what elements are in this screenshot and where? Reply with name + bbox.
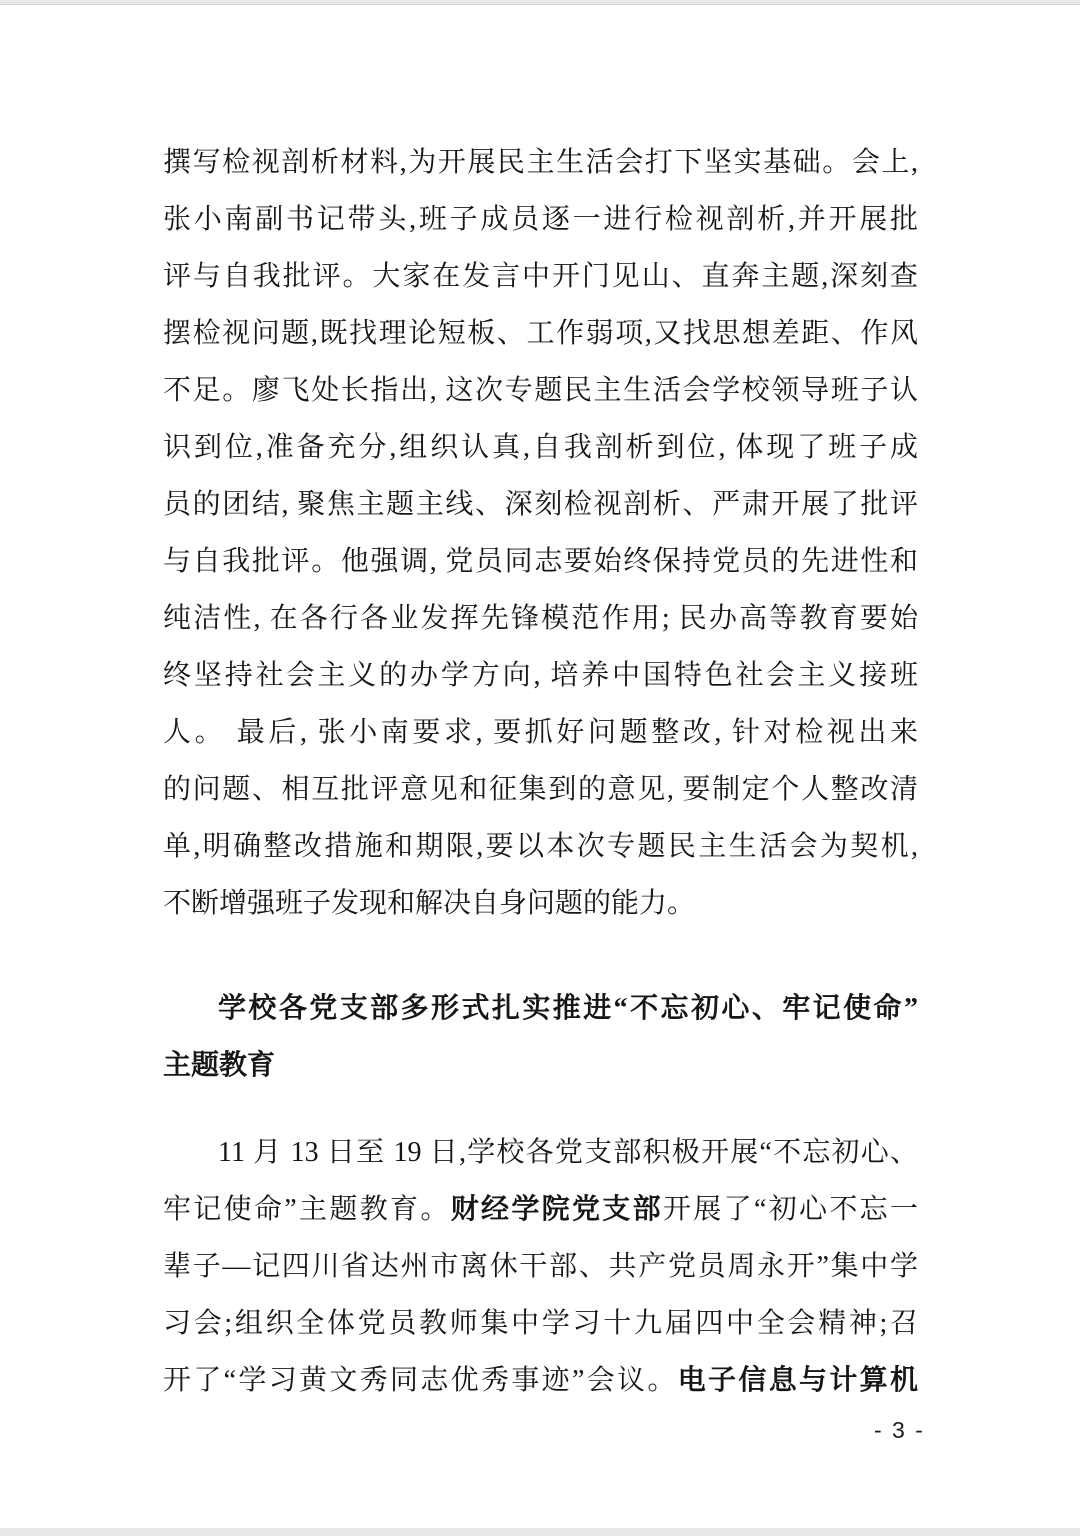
page-content: 撰写检视剖析材料,为开展民主生活会打下坚实基础。会上,张小南副书记带头,班子成员… <box>163 134 918 1409</box>
text-line: 不断增强班子发现和解决自身问题的能力。 <box>163 875 918 932</box>
text-segment: 员的团结, 聚焦主题主线、深刻检视剖析、严肃开展了批评 <box>163 489 918 520</box>
text-line: 撰写检视剖析材料,为开展民主生活会打下坚实基础。会上, <box>163 134 918 191</box>
text-segment: 不断增强班子发现和解决自身问题的能力。 <box>163 888 695 919</box>
text-line: 单,明确整改措施和期限,要以本次专题民主生活会为契机, <box>163 818 918 875</box>
text-line: 开了“学习黄文秀同志优秀事迹”会议。电子信息与计算机 <box>163 1352 918 1409</box>
text-segment: 单,明确整改措施和期限,要以本次专题民主生活会为契机, <box>163 831 918 862</box>
text-line: 与自我批评。他强调, 党员同志要始终保持党员的先进性和 <box>163 533 918 590</box>
bold-text: 电子信息与计算机 <box>678 1365 918 1396</box>
text-segment: 学校各党支部多形式扎实推进“不忘初心、牢记使命” <box>218 993 918 1024</box>
text-line: 习会;组织全体党员教师集中学习十九届四中全会精神;召 <box>163 1295 918 1352</box>
text-segment: 撰写检视剖析材料,为开展民主生活会打下坚实基础。会上, <box>163 147 918 178</box>
text-line: 牢记使命”主题教育。财经学院党支部开展了“初心不忘一 <box>163 1181 918 1238</box>
text-segment: 不足。廖飞处长指出, 这次专题民主生活会学校领导班子认 <box>163 375 918 406</box>
paragraph-branch-activities: 11 月 13 日至 19 日,学校各党支部积极开展“不忘初心、牢记使命”主题教… <box>163 1124 918 1409</box>
text-segment: 开展了“初心不忘一 <box>663 1194 918 1225</box>
text-segment: 习会;组织全体党员教师集中学习十九届四中全会精神;召 <box>163 1308 918 1339</box>
text-segment: 主题教育 <box>163 1050 275 1081</box>
text-segment: 摆检视问题,既找理论短板、工作弱项,又找思想差距、作风 <box>163 318 918 349</box>
text-segment: 牢记使命”主题教育。 <box>163 1194 451 1225</box>
text-segment: 与自我批评。他强调, 党员同志要始终保持党员的先进性和 <box>163 546 918 577</box>
text-line: 识到位,准备充分,组织认真,自我剖析到位, 体现了班子成 <box>163 419 918 476</box>
text-segment: 人。 最后, 张小南要求, 要抓好问题整改, 针对检视出来 <box>163 717 918 748</box>
text-segment: 纯洁性, 在各行各业发挥先锋模范作用; 民办高等教育要始 <box>163 603 918 634</box>
text-line: 张小南副书记带头,班子成员逐一进行检视剖析,并开展批 <box>163 191 918 248</box>
text-segment: 11 月 13 日至 19 日,学校各党支部积极开展“不忘初心、 <box>218 1137 918 1168</box>
text-line: 员的团结, 聚焦主题主线、深刻检视剖析、严肃开展了批评 <box>163 476 918 533</box>
text-line: 的问题、相互批评意见和征集到的意见, 要制定个人整改清 <box>163 761 918 818</box>
page-number: - 3 - <box>874 1417 925 1444</box>
text-line: 11 月 13 日至 19 日,学校各党支部积极开展“不忘初心、 <box>163 1124 918 1181</box>
text-line: 不足。廖飞处长指出, 这次专题民主生活会学校领导班子认 <box>163 362 918 419</box>
text-segment: 评与自我批评。大家在发言中开门见山、直奔主题,深刻查 <box>163 261 918 292</box>
bold-text: 财经学院党支部 <box>451 1194 663 1225</box>
text-segment: 识到位,准备充分,组织认真,自我剖析到位, 体现了班子成 <box>163 432 918 463</box>
bottom-window-edge <box>0 1528 1080 1536</box>
text-line: 辈子—记四川省达州市离休干部、共产党员周永开”集中学 <box>163 1238 918 1295</box>
text-segment: 开了“学习黄文秀同志优秀事迹”会议。 <box>163 1365 678 1396</box>
text-segment: 辈子—记四川省达州市离休干部、共产党员周永开”集中学 <box>163 1251 918 1282</box>
section-heading-theme-education: 学校各党支部多形式扎实推进“不忘初心、牢记使命”主题教育 <box>163 980 918 1094</box>
text-line: 评与自我批评。大家在发言中开门见山、直奔主题,深刻查 <box>163 248 918 305</box>
text-line: 摆检视问题,既找理论短板、工作弱项,又找思想差距、作风 <box>163 305 918 362</box>
text-line: 主题教育 <box>163 1037 918 1094</box>
paragraph-democratic-life-meeting: 撰写检视剖析材料,为开展民主生活会打下坚实基础。会上,张小南副书记带头,班子成员… <box>163 134 918 932</box>
document-page: 撰写检视剖析材料,为开展民主生活会打下坚实基础。会上,张小南副书记带头,班子成员… <box>0 0 1080 1536</box>
text-segment: 张小南副书记带头,班子成员逐一进行检视剖析,并开展批 <box>163 204 918 235</box>
text-segment: 终坚持社会主义的办学方向, 培养中国特色社会主义接班 <box>163 660 918 691</box>
text-line: 学校各党支部多形式扎实推进“不忘初心、牢记使命” <box>163 980 918 1037</box>
text-line: 纯洁性, 在各行各业发挥先锋模范作用; 民办高等教育要始 <box>163 590 918 647</box>
text-line: 人。 最后, 张小南要求, 要抓好问题整改, 针对检视出来 <box>163 704 918 761</box>
top-window-edge <box>0 0 1080 5</box>
text-segment: 的问题、相互批评意见和征集到的意见, 要制定个人整改清 <box>163 774 918 805</box>
text-line: 终坚持社会主义的办学方向, 培养中国特色社会主义接班 <box>163 647 918 704</box>
